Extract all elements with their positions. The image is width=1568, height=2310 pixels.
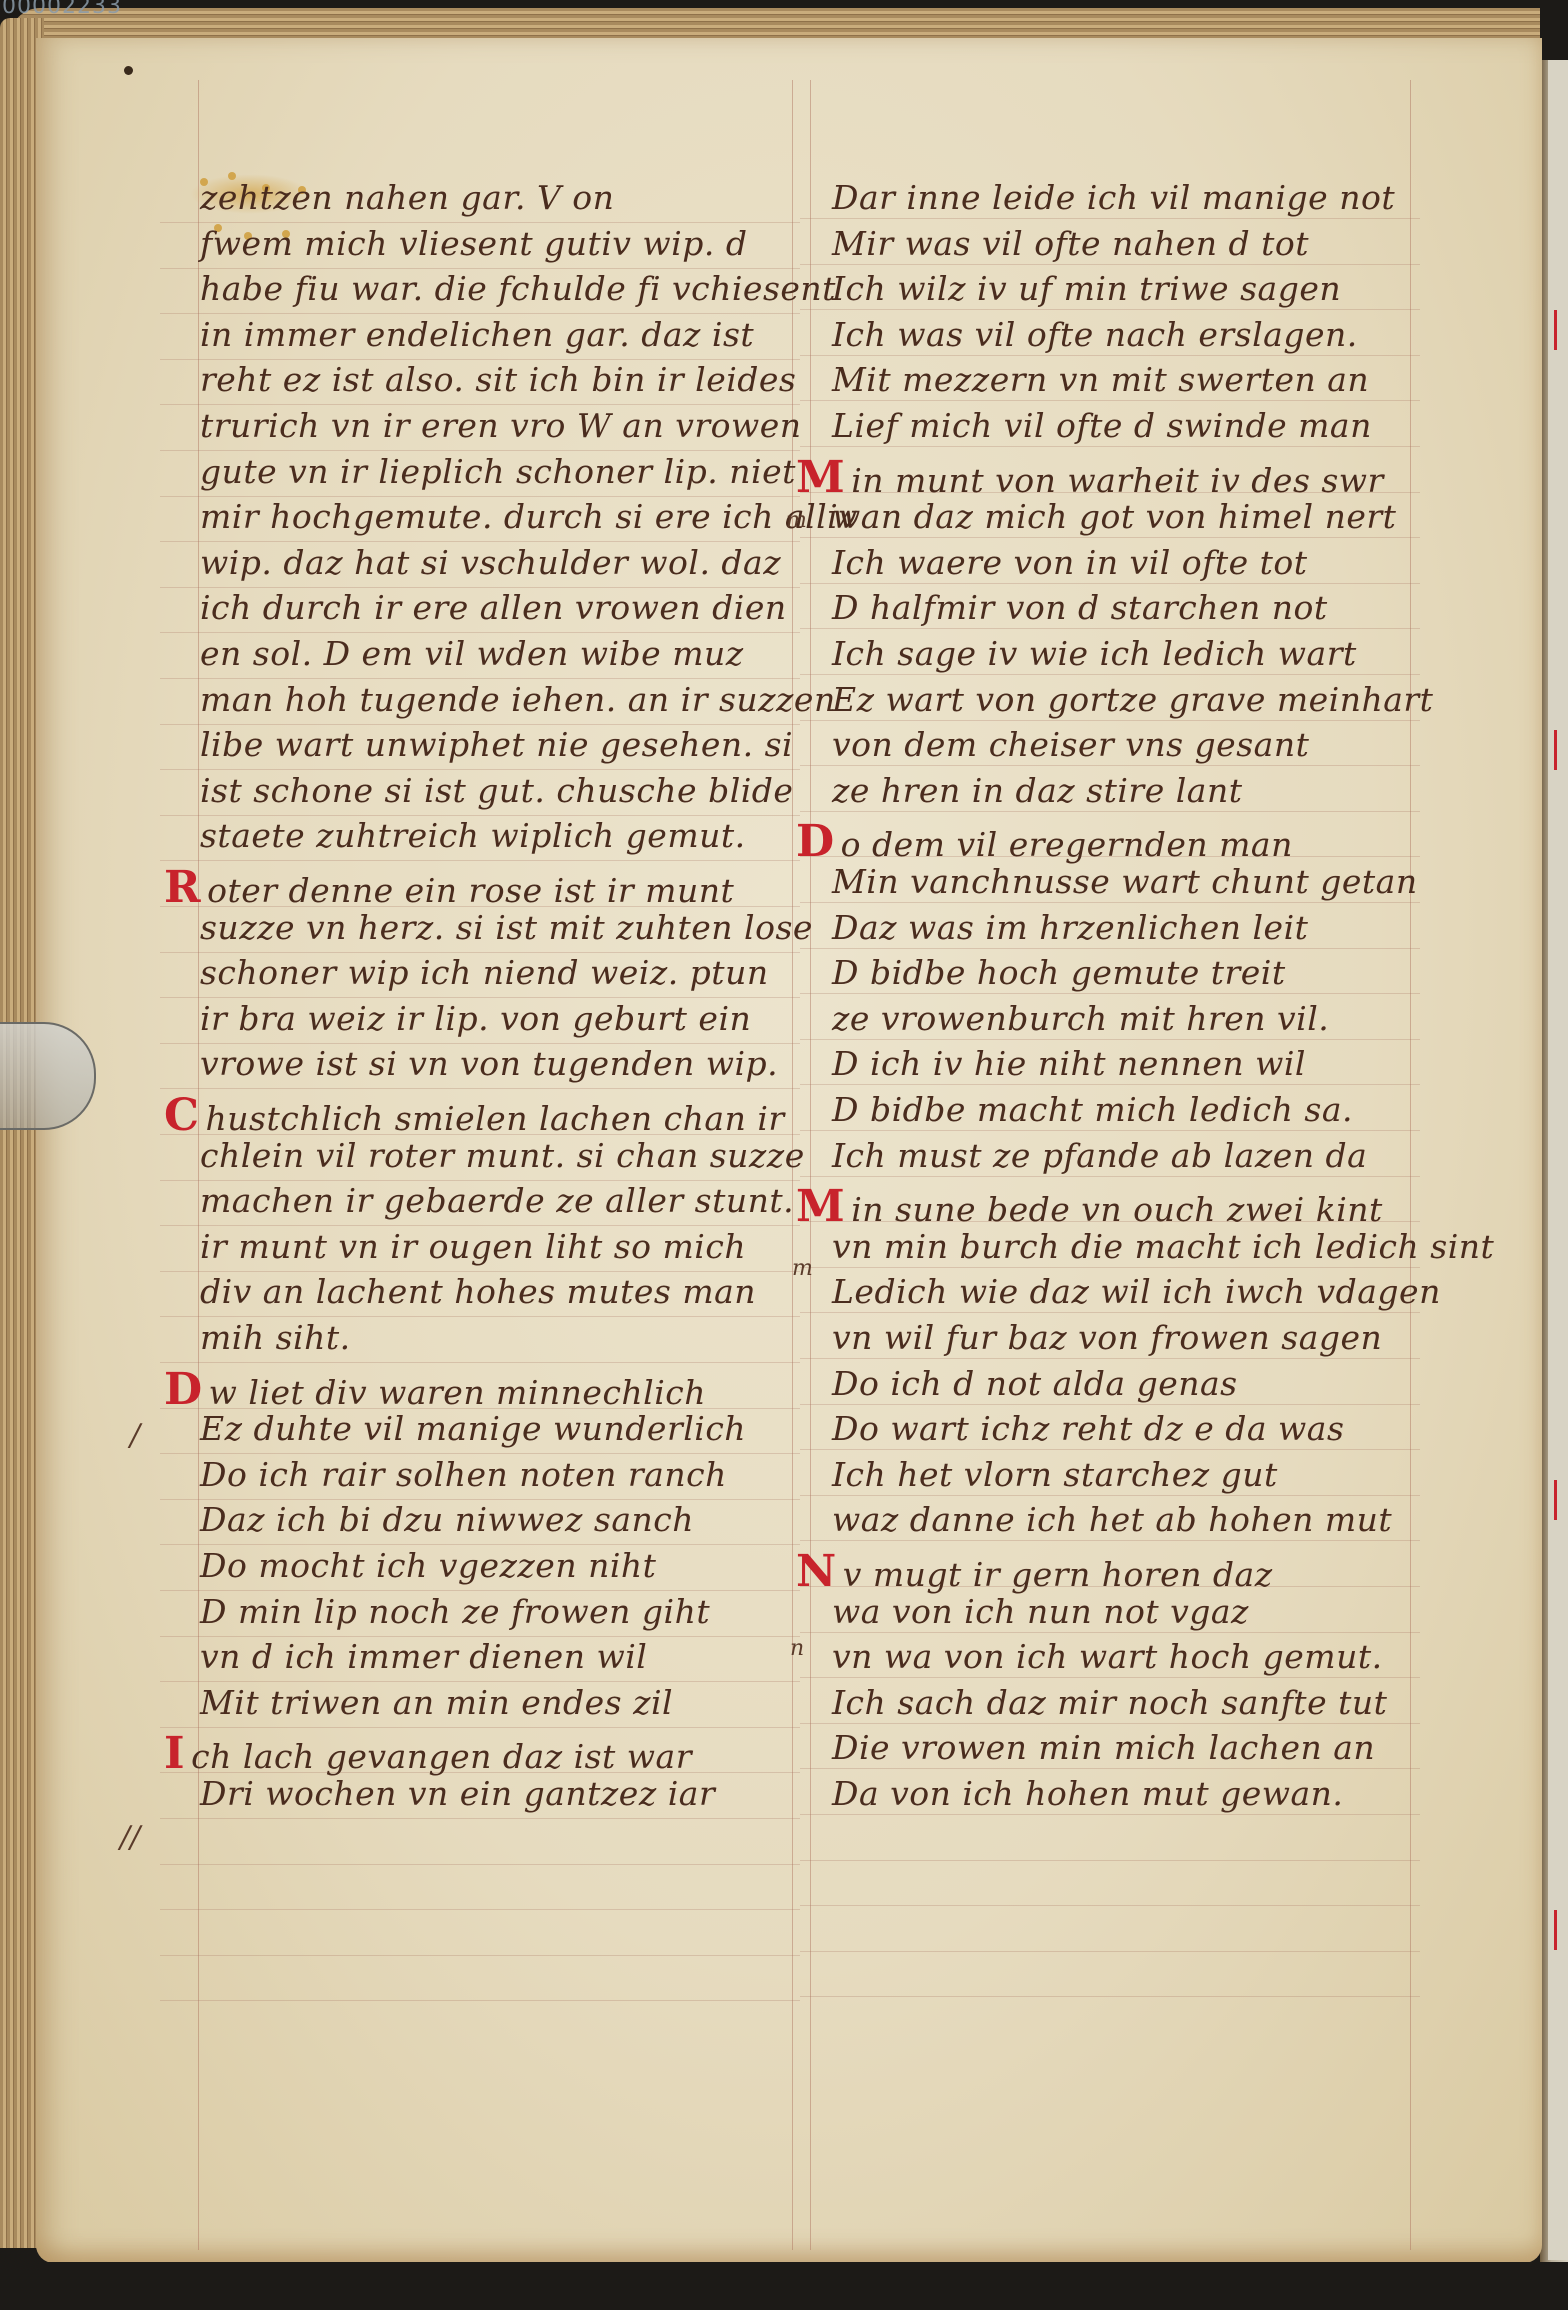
- line-text: machen ir gebaerde ze aller stunt.: [200, 1181, 794, 1220]
- ruling-line: [800, 1860, 1420, 1861]
- ruling-line: [800, 1358, 1420, 1359]
- ruling-line: [800, 1312, 1420, 1313]
- line-text: libe wart unwiphet nie gesehen. si: [200, 725, 793, 764]
- ruling-line: [800, 993, 1420, 994]
- manuscript-line: vn wil fur baz von frowen sagen: [832, 1318, 1382, 1357]
- ruling-line: [800, 765, 1420, 766]
- manuscript-line: vn min burch die macht ich ledich sint: [832, 1227, 1494, 1266]
- manuscript-line: mih siht.: [200, 1318, 351, 1357]
- manuscript-line: Ich wilz iv uf min triwe sagen: [832, 269, 1341, 308]
- ruling-line: [800, 355, 1420, 356]
- manuscript-line: machen ir gebaerde ze aller stunt.: [200, 1181, 794, 1220]
- manuscript-line: Ich waere von in vil ofte tot: [832, 543, 1308, 582]
- line-text: hustchlich smielen lachen chan ir: [206, 1099, 785, 1138]
- manuscript-line: Daz ich bi dzu niwwez sanch: [200, 1500, 694, 1539]
- rubricated-initial: M: [796, 452, 845, 503]
- ruling-line: [800, 628, 1420, 629]
- ruling-line: [800, 1677, 1420, 1678]
- line-text: trurich vn ir eren vro W an vrowen: [200, 406, 802, 445]
- manuscript-line: Min vanchnusse wart chunt getan: [832, 862, 1418, 901]
- manuscript-line: vn wa von ich wart hoch gemut.: [832, 1637, 1383, 1676]
- line-text: fwem mich vliesent gutiv wip. d: [200, 224, 747, 263]
- line-text: mir hochgemute. durch si ere ich alliv: [200, 497, 857, 536]
- line-text: wip. daz hat si vschulder wol. daz: [200, 543, 781, 582]
- manuscript-line: Do mocht ich vgezzen niht: [200, 1546, 656, 1585]
- manuscript-line: habe fiu war. die fchulde fi vchiesent: [200, 269, 836, 308]
- line-text: Ich sach daz mir noch sanfte tut: [832, 1683, 1387, 1722]
- manuscript-line: Dw liet div waren minnechlich: [164, 1364, 706, 1415]
- ruling-line: [800, 1404, 1420, 1405]
- ruling-line: [800, 400, 1420, 401]
- manuscript-line: Nv mugt ir gern horen daz: [796, 1546, 1273, 1597]
- manuscript-line: D bidbe macht mich ledich sa.: [832, 1090, 1353, 1129]
- line-text: vn min burch die macht ich ledich sint: [832, 1227, 1494, 1266]
- ruling-line: [800, 583, 1420, 584]
- line-text: ir munt vn ir ougen liht so mich: [200, 1227, 746, 1266]
- ruling-line: [800, 264, 1420, 265]
- manuscript-line: Ich must ze pfande ab lazen da: [832, 1136, 1367, 1175]
- adjacent-initial-mark: [1552, 720, 1566, 780]
- ruling-line: [800, 720, 1420, 721]
- manuscript-line: Min sune bede vn ouch zwei kint: [796, 1181, 1383, 1232]
- rubricated-initial: M: [796, 1181, 845, 1232]
- line-text: zehtzen nahen gar. V on: [200, 178, 614, 217]
- line-text: wan daz mich got von himel nert: [832, 497, 1396, 536]
- manuscript-line: Lief mich vil ofte d swinde man: [832, 406, 1372, 445]
- manuscript-line: Ich sach daz mir noch sanfte tut: [832, 1683, 1387, 1722]
- line-text: Ich was vil ofte nach erslagen.: [832, 315, 1358, 354]
- manuscript-line: Do ich rair solhen noten ranch: [200, 1455, 727, 1494]
- line-text: Do mocht ich vgezzen niht: [200, 1546, 656, 1585]
- manuscript-line: wa von ich nun not vgaz: [832, 1592, 1249, 1631]
- line-text: Min vanchnusse wart chunt getan: [832, 862, 1418, 901]
- manuscript-line: ir bra weiz ir lip. von geburt ein: [200, 999, 751, 1038]
- line-text: Die vrowen min mich lachen an: [832, 1728, 1375, 1767]
- manuscript-line: Dri wochen vn ein gantzez iar: [200, 1774, 715, 1813]
- manuscript-line: vrowe ist si vn von tugenden wip.: [200, 1044, 778, 1083]
- line-text: Da von ich hohen mut gewan.: [832, 1774, 1343, 1813]
- ruling-line: [800, 1130, 1420, 1131]
- ruling-line-vertical: [810, 80, 811, 2250]
- line-text: D min lip noch ze frowen giht: [200, 1592, 710, 1631]
- line-text: Dar inne leide ich vil manige not: [832, 178, 1395, 217]
- ruling-line: [160, 1818, 800, 1819]
- manuscript-line: Da von ich hohen mut gewan.: [832, 1774, 1343, 1813]
- ruling-line: [800, 674, 1420, 675]
- ruling-line: [800, 1951, 1420, 1952]
- ruling-line: [800, 948, 1420, 949]
- ruling-line: [800, 1768, 1420, 1769]
- line-text: ze hren in daz stire lant: [832, 771, 1242, 810]
- line-text: mih siht.: [200, 1318, 351, 1357]
- line-text: w liet div waren minnechlich: [209, 1373, 706, 1412]
- manuscript-line: Ich het vlorn starchez gut: [832, 1455, 1278, 1494]
- line-text: in immer endelichen gar. daz ist: [200, 315, 754, 354]
- background-shadow: [0, 2262, 1568, 2310]
- line-text: in munt von warheit iv des swr: [851, 461, 1384, 500]
- manuscript-line: vn d ich immer dienen wil: [200, 1637, 647, 1676]
- line-text: Daz ich bi dzu niwwez sanch: [200, 1500, 694, 1539]
- ruling-line: [800, 1039, 1420, 1040]
- adjacent-page-strip: [1548, 60, 1568, 2260]
- manuscript-line: fwem mich vliesent gutiv wip. d: [200, 224, 747, 263]
- ruling-line: [800, 1540, 1420, 1541]
- line-text: D halfmir von d starchen not: [832, 588, 1328, 627]
- ruling-line: [800, 446, 1420, 447]
- line-text: Lief mich vil ofte d swinde man: [832, 406, 1372, 445]
- manuscript-line: Do wart ichz reht dz e da was: [832, 1409, 1344, 1448]
- line-text: Ich sage iv wie ich ledich wart: [832, 634, 1357, 673]
- manuscript-photo: 00002233 zehtzen nahen gar. V onfwem mic…: [0, 0, 1568, 2310]
- ruling-line-vertical: [1410, 80, 1411, 2250]
- ruling-line: [160, 1955, 800, 1956]
- manuscript-line: D ich iv hie niht nennen wil: [832, 1044, 1306, 1083]
- line-text: div an lachent hohes mutes man: [200, 1272, 756, 1311]
- manuscript-line: en sol. D em vil wden wibe muz: [200, 634, 744, 673]
- line-text: reht ez ist also. sit ich bin ir leides: [200, 360, 796, 399]
- adjacent-initial-mark: [1552, 300, 1566, 360]
- manuscript-line: ze hren in daz stire lant: [832, 771, 1242, 810]
- manuscript-line: suzze vn herz. si ist mit zuhten lose: [200, 908, 813, 947]
- line-text: D ich iv hie niht nennen wil: [832, 1044, 1306, 1083]
- ruling-line: [800, 1449, 1420, 1450]
- line-text: Ez wart von gortze grave meinhart: [832, 680, 1433, 719]
- ruling-line: [800, 1996, 1420, 1997]
- line-text: Do wart ichz reht dz e da was: [832, 1409, 1344, 1448]
- image-id-label: 00002233: [2, 0, 122, 19]
- manuscript-line: waz danne ich het ab hohen mut: [832, 1500, 1392, 1539]
- manuscript-line: gute vn ir lieplich schoner lip. niet: [200, 452, 796, 491]
- manuscript-line: D min lip noch ze frowen giht: [200, 1592, 710, 1631]
- book-clip: [0, 1022, 96, 1130]
- line-text: vrowe ist si vn von tugenden wip.: [200, 1044, 778, 1083]
- line-text: ch lach gevangen daz ist war: [191, 1737, 692, 1776]
- manuscript-line: Ez wart von gortze grave meinhart: [832, 680, 1433, 719]
- line-text: ich durch ir ere allen vrowen dien: [200, 588, 787, 627]
- manuscript-line: Do dem vil eregernden man: [796, 816, 1293, 867]
- line-text: D bidbe macht mich ledich sa.: [832, 1090, 1353, 1129]
- manuscript-line: staete zuhtreich wiplich gemut.: [200, 816, 746, 855]
- ruling-line: [800, 1905, 1420, 1906]
- margin-guide-letter: n: [790, 1636, 804, 1661]
- line-text: en sol. D em vil wden wibe muz: [200, 634, 744, 673]
- line-text: Mit mezzern vn mit swerten an: [832, 360, 1369, 399]
- ruling-line: [160, 1864, 800, 1865]
- ruling-line-vertical: [198, 80, 199, 2250]
- manuscript-line: von dem cheiser vns gesant: [832, 725, 1309, 764]
- line-text: v mugt ir gern horen daz: [843, 1555, 1273, 1594]
- line-text: Mir was vil ofte nahen d tot: [832, 224, 1309, 263]
- ruling-line: [800, 1084, 1420, 1085]
- ruling-line: [800, 902, 1420, 903]
- line-text: oter denne ein rose ist ir munt: [207, 871, 734, 910]
- line-text: Ich het vlorn starchez gut: [832, 1455, 1278, 1494]
- manuscript-line: man hoh tugende iehen. an ir suzzen: [200, 680, 836, 719]
- manuscript-line: wan daz mich got von himel nert: [832, 497, 1396, 536]
- manuscript-line: Min munt von warheit iv des swr: [796, 452, 1384, 503]
- manuscript-line: Ich sage iv wie ich ledich wart: [832, 634, 1357, 673]
- ink-spot: [124, 66, 133, 75]
- line-text: ir bra weiz ir lip. von geburt ein: [200, 999, 751, 1038]
- rubricated-initial: C: [164, 1090, 200, 1141]
- line-text: Ich must ze pfande ab lazen da: [832, 1136, 1367, 1175]
- manuscript-line: ist schone si ist gut. chusche blide: [200, 771, 793, 810]
- line-text: vn d ich immer dienen wil: [200, 1637, 647, 1676]
- line-text: Ez duhte vil manige wunderlich: [200, 1409, 746, 1448]
- line-text: ze vrowenburch mit hren vil.: [832, 999, 1329, 1038]
- line-text: ist schone si ist gut. chusche blide: [200, 771, 793, 810]
- manuscript-line: in immer endelichen gar. daz ist: [200, 315, 754, 354]
- manuscript-line: libe wart unwiphet nie gesehen. si: [200, 725, 793, 764]
- ruling-line: [800, 1814, 1420, 1815]
- manuscript-line: Die vrowen min mich lachen an: [832, 1728, 1375, 1767]
- manuscript-line: Chustchlich smielen lachen chan ir: [164, 1090, 785, 1141]
- margin-guide-letter: m: [786, 508, 807, 533]
- ruling-line: [800, 811, 1420, 812]
- line-text: vn wa von ich wart hoch gemut.: [832, 1637, 1383, 1676]
- margin-guide-letter: m: [792, 1256, 813, 1281]
- ruling-line: [800, 1632, 1420, 1633]
- line-text: Do ich rair solhen noten ranch: [200, 1455, 727, 1494]
- ruling-line: [160, 1909, 800, 1910]
- adjacent-initial-mark: [1552, 1470, 1566, 1530]
- line-text: man hoh tugende iehen. an ir suzzen: [200, 680, 836, 719]
- manuscript-line: Dar inne leide ich vil manige not: [832, 178, 1395, 217]
- manuscript-line: trurich vn ir eren vro W an vrowen: [200, 406, 802, 445]
- line-text: Ich waere von in vil ofte tot: [832, 543, 1308, 582]
- manuscript-line: zehtzen nahen gar. V on: [200, 178, 614, 217]
- rubricated-initial: I: [164, 1728, 185, 1779]
- adjacent-initial-mark: [1552, 1900, 1566, 1960]
- line-text: Mit triwen an min endes zil: [200, 1683, 673, 1722]
- margin-mark: //: [120, 1820, 140, 1855]
- line-text: Ich wilz iv uf min triwe sagen: [832, 269, 1341, 308]
- line-text: waz danne ich het ab hohen mut: [832, 1500, 1392, 1539]
- ruling-line: [800, 1176, 1420, 1177]
- ruling-line: [800, 537, 1420, 538]
- manuscript-line: div an lachent hohes mutes man: [200, 1272, 756, 1311]
- manuscript-line: schoner wip ich niend weiz. ptun: [200, 953, 769, 992]
- rubricated-initial: N: [796, 1546, 837, 1597]
- rubricated-initial: R: [164, 862, 201, 913]
- line-text: Daz was im hrzenlichen leit: [832, 908, 1308, 947]
- ruling-line: [800, 309, 1420, 310]
- ruling-line: [800, 218, 1420, 219]
- line-text: wa von ich nun not vgaz: [832, 1592, 1249, 1631]
- manuscript-line: mir hochgemute. durch si ere ich alliv: [200, 497, 857, 536]
- manuscript-line: Mit mezzern vn mit swerten an: [832, 360, 1369, 399]
- line-text: suzze vn herz. si ist mit zuhten lose: [200, 908, 813, 947]
- line-text: Ledich wie daz wil ich iwch vdagen: [832, 1272, 1441, 1311]
- line-text: habe fiu war. die fchulde fi vchiesent: [200, 269, 836, 308]
- manuscript-line: Do ich d not alda genas: [832, 1364, 1238, 1403]
- line-text: schoner wip ich niend weiz. ptun: [200, 953, 769, 992]
- rubricated-initial: D: [796, 816, 835, 867]
- manuscript-line: reht ez ist also. sit ich bin ir leides: [200, 360, 796, 399]
- line-text: chlein vil roter munt. si chan suzze: [200, 1136, 805, 1175]
- manuscript-line: Daz was im hrzenlichen leit: [832, 908, 1308, 947]
- manuscript-line: Mir was vil ofte nahen d tot: [832, 224, 1309, 263]
- line-text: vn wil fur baz von frowen sagen: [832, 1318, 1382, 1357]
- manuscript-line: Roter denne ein rose ist ir munt: [164, 862, 734, 913]
- margin-mark: /: [130, 1418, 140, 1453]
- line-text: Dri wochen vn ein gantzez iar: [200, 1774, 715, 1813]
- manuscript-line: Ich lach gevangen daz ist war: [164, 1728, 692, 1779]
- manuscript-line: wip. daz hat si vschulder wol. daz: [200, 543, 781, 582]
- ruling-line: [800, 1267, 1420, 1268]
- manuscript-line: chlein vil roter munt. si chan suzze: [200, 1136, 805, 1175]
- line-text: in sune bede vn ouch zwei kint: [851, 1190, 1383, 1229]
- ruling-line: [800, 1495, 1420, 1496]
- manuscript-line: ze vrowenburch mit hren vil.: [832, 999, 1329, 1038]
- manuscript-line: ir munt vn ir ougen liht so mich: [200, 1227, 746, 1266]
- ruling-line: [160, 2000, 800, 2001]
- rubricated-initial: D: [164, 1364, 203, 1415]
- line-text: o dem vil eregernden man: [841, 825, 1293, 864]
- line-text: staete zuhtreich wiplich gemut.: [200, 816, 746, 855]
- line-text: Do ich d not alda genas: [832, 1364, 1238, 1403]
- manuscript-line: D halfmir von d starchen not: [832, 588, 1328, 627]
- manuscript-line: D bidbe hoch gemute treit: [832, 953, 1286, 992]
- manuscript-line: Ich was vil ofte nach erslagen.: [832, 315, 1358, 354]
- manuscript-line: Mit triwen an min endes zil: [200, 1683, 673, 1722]
- manuscript-line: Ez duhte vil manige wunderlich: [200, 1409, 746, 1448]
- ruling-line: [800, 1723, 1420, 1724]
- manuscript-line: ich durch ir ere allen vrowen dien: [200, 588, 787, 627]
- line-text: gute vn ir lieplich schoner lip. niet: [200, 452, 796, 491]
- line-text: D bidbe hoch gemute treit: [832, 953, 1286, 992]
- manuscript-line: Ledich wie daz wil ich iwch vdagen: [832, 1272, 1441, 1311]
- line-text: von dem cheiser vns gesant: [832, 725, 1309, 764]
